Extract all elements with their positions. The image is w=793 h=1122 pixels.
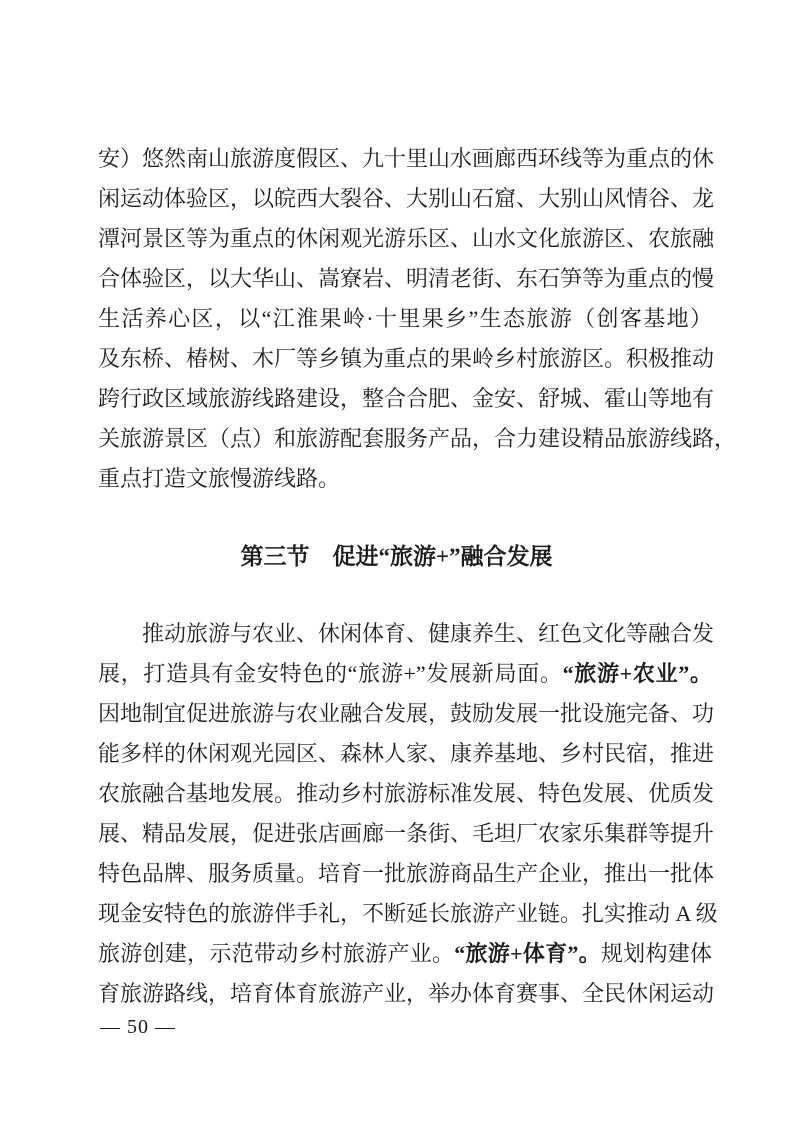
bold-text-run: “旅游+农业”。 (563, 661, 712, 686)
text-line: 生活养心区，以“江淮果岭·十里果乡”生态旅游（创客基地） (98, 299, 712, 339)
section-heading: 第三节 促进“旅游+”融合发展 (0, 540, 793, 574)
paragraph-1: 安）悠然南山旅游度假区、九十里山水画廊西环线等为重点的休 闲运动体验区，以皖西大… (98, 139, 712, 499)
text-line: 育旅游路线，培育体育旅游产业，举办体育赛事、全民休闲运动 (98, 974, 712, 1014)
text-line: 展、精品发展，促进张店画廊一条街、毛坦厂农家乐集群等提升 (98, 814, 712, 854)
text-line: 合体验区，以大华山、嵩寮岩、明清老街、东石笋等为重点的慢 (98, 259, 712, 299)
text-line: 跨行政区域旅游线路建设，整合合肥、金安、舒城、霍山等地有 (98, 379, 712, 419)
document-page: 安）悠然南山旅游度假区、九十里山水画廊西环线等为重点的休 闲运动体验区，以皖西大… (0, 0, 793, 1122)
text-run: 旅游创建，示范带动乡村旅游产业。 (98, 941, 454, 966)
bold-text-run: “旅游+体育”。 (454, 941, 601, 966)
text-line: 关旅游景区（点）和旅游配套服务产品，合力建设精品旅游线路， (98, 419, 712, 459)
text-run: 规划构建体 (601, 941, 712, 966)
text-line: 闲运动体验区，以皖西大裂谷、大别山石窟、大别山风情谷、龙 (98, 179, 712, 219)
paragraph-2: 推动旅游与农业、休闲体育、健康养生、红色文化等融合发 展，打造具有金安特色的“旅… (98, 614, 712, 1014)
text-line: 农旅融合基地发展。推动乡村旅游标准发展、特色发展、优质发 (98, 774, 712, 814)
text-line: 重点打造文旅慢游线路。 (98, 459, 712, 499)
text-line: 现金安特色的旅游伴手礼，不断延长旅游产业链。扎实推动 A 级 (98, 894, 712, 934)
text-line: 潭河景区等为重点的休闲观光游乐区、山水文化旅游区、农旅融 (98, 219, 712, 259)
text-line: 展，打造具有金安特色的“旅游+”发展新局面。“旅游+农业”。 (98, 654, 712, 694)
page-number: — 50 — (100, 1013, 176, 1041)
text-line: 因地制宜促进旅游与农业融合发展，鼓励发展一批设施完备、功 (98, 694, 712, 734)
text-line: 推动旅游与农业、休闲体育、健康养生、红色文化等融合发 (98, 614, 712, 654)
text-line: 旅游创建，示范带动乡村旅游产业。“旅游+体育”。规划构建体 (98, 934, 712, 974)
text-line: 特色品牌、服务质量。培育一批旅游商品生产企业，推出一批体 (98, 854, 712, 894)
text-run: 展，打造具有金安特色的“旅游+”发展新局面。 (98, 661, 563, 686)
text-line: 能多样的休闲观光园区、森林人家、康养基地、乡村民宿，推进 (98, 734, 712, 774)
text-line: 安）悠然南山旅游度假区、九十里山水画廊西环线等为重点的休 (98, 139, 712, 179)
text-line: 及东桥、椿树、木厂等乡镇为重点的果岭乡村旅游区。积极推动 (98, 339, 712, 379)
